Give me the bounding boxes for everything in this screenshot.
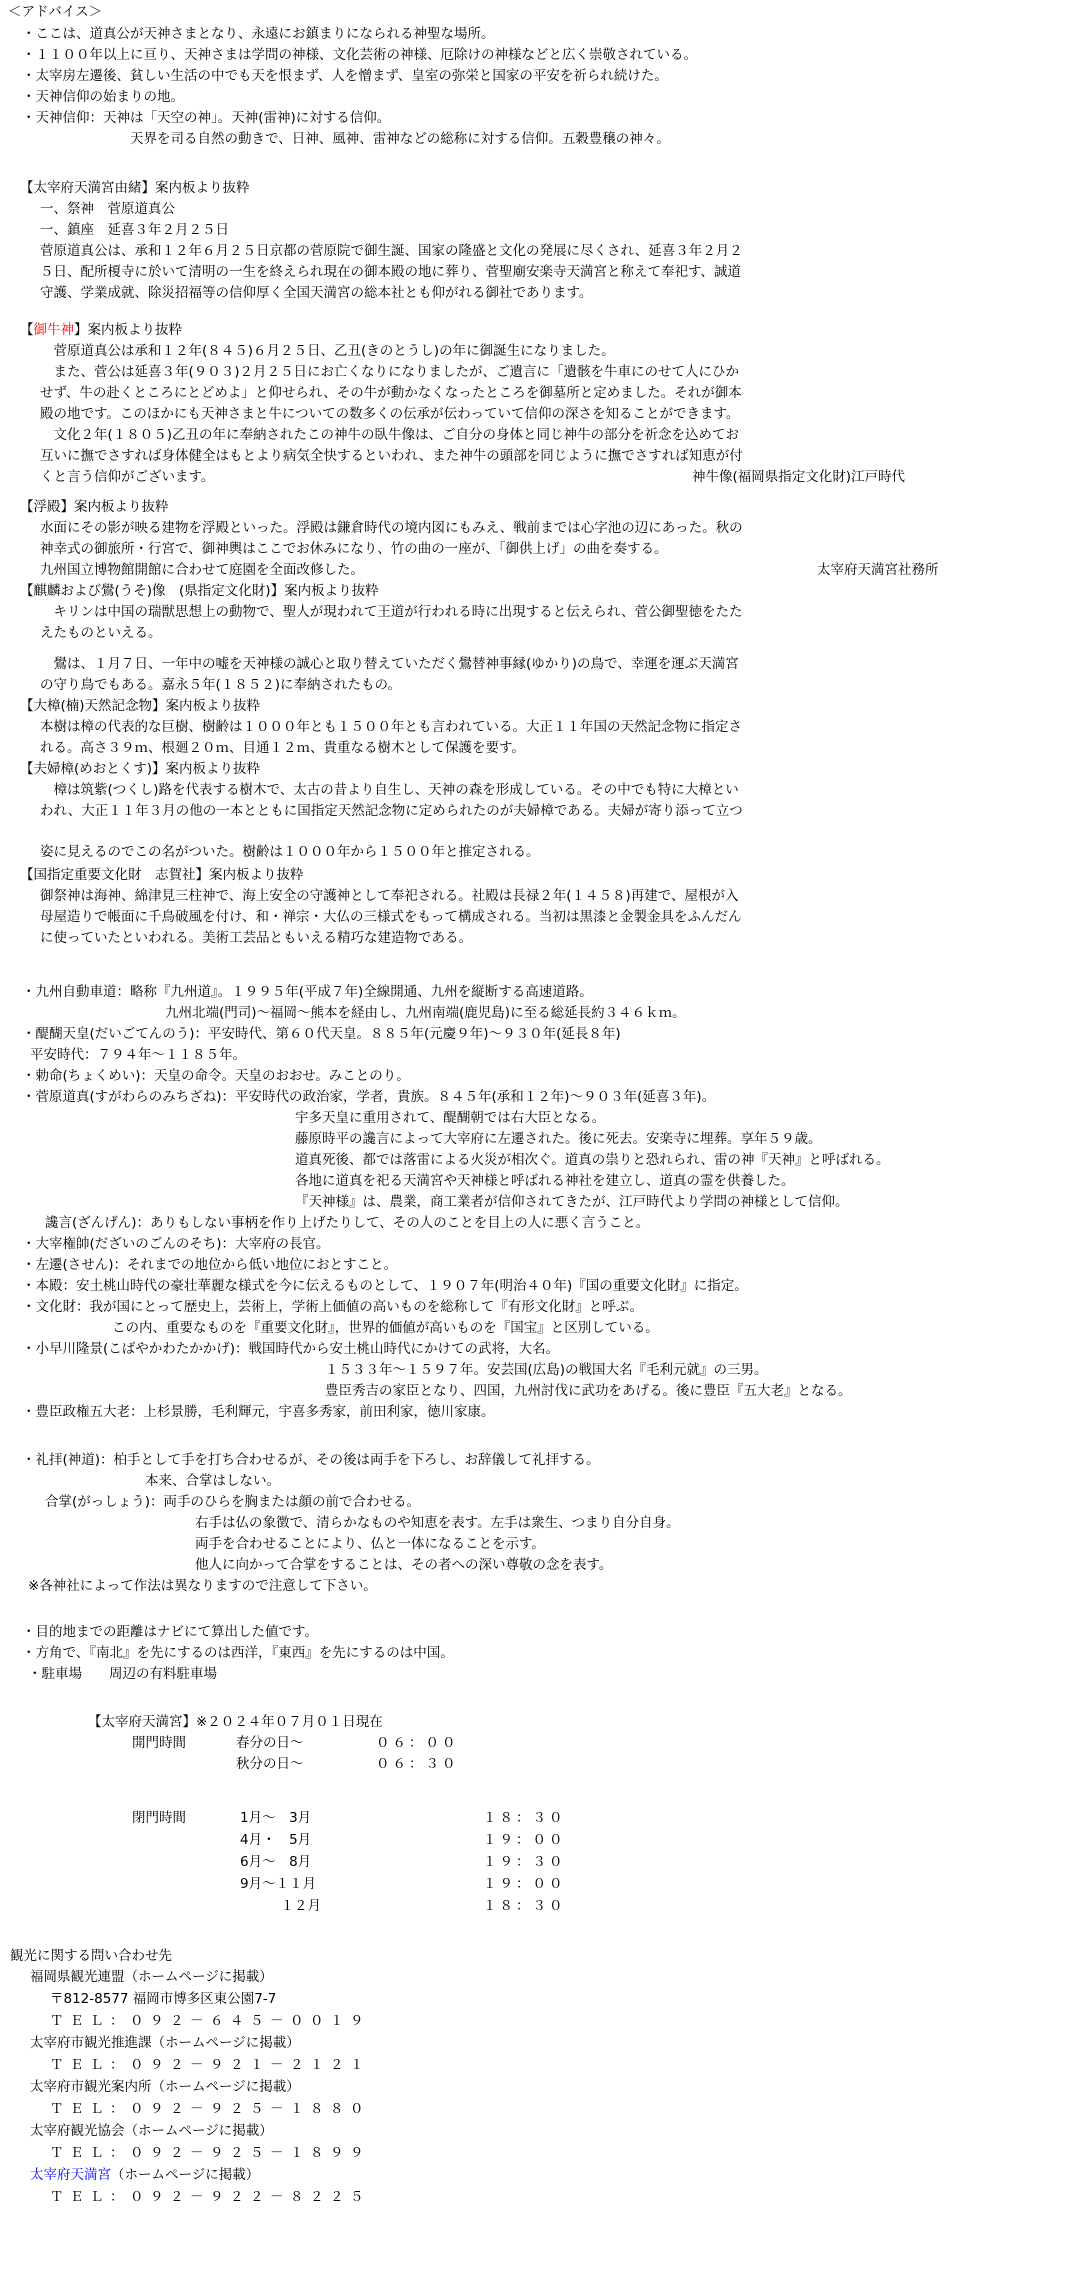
section-heading: 【太宰府天満宮由緒】案内板より抜粋 [20,178,250,198]
body-line: 神幸式の御旅所・行宮で、御神輿はここでお休みになり、竹の曲の一座が、「御供上げ」… [40,539,667,559]
body-line: 一、鎮座 延喜３年２月２５日 [40,220,229,240]
contacts-heading: 観光に関する問い合わせ先 [10,1946,172,1966]
body-line: せず、牛の赴くところにとどめよ」と仰せられ、その牛が動かなくなったところを御墓所… [40,383,742,403]
body-line: 文化２年(１８０５)乙丑の年に奉納されたこの神牛の臥牛像は、ご自分の身体と同じ神… [40,425,739,445]
glossary-line: １５３３年～１５９７年。安芸国(広島)の戦国大名『毛利元就』の三男。 [325,1360,768,1380]
contact-tel: ＴＥＬ：０９２－９２５－１８８０ [50,2099,370,2119]
body-line: 樟は筑紫(つくし)路を代表する樹木で、太古の昔より自生し、天神の森を形成している… [40,780,739,800]
contact-tel: ＴＥＬ：０９２－９２２－８２２５ [50,2187,370,2207]
contact-tel: ＴＥＬ：０９２－９２１－２１２１ [50,2055,370,2075]
glossary-line: ・勅命(ちょくめい)：天皇の命令。天皇のおおせ。みことのり。 [22,1066,410,1086]
body-line: 本樹は樟の代表的な巨樹、樹齢は１０００年とも１５００年とも言われている。大正１１… [40,717,742,737]
credit: 太宰府天満宮社務所 [817,560,939,580]
hours-heading: 【太宰府天満宮】※２０２４年０７月０１日現在 [88,1712,383,1732]
close-period: 9月～１１月 [240,1874,316,1894]
worship-note: ※各神社によって作法は異なりますので注意して下さい。 [28,1576,377,1596]
advice-item: ・天神信仰：天神は「天空の神」。天神(雷神)に対する信仰。 [22,108,390,128]
body-line: キリンは中国の瑞獣思想上の動物で、聖人が現われて王道が行われる時に出現すると伝え… [40,602,743,622]
glossary-line: ・九州自動車道：略称『九州道』。１９９５年(平成７年)全線開通、九州を縦断する高… [22,982,593,1002]
body-line: 菅原道真公は、承和１２年６月２５日京都の菅原院で御生誕、国家の隆盛と文化の発展に… [40,241,743,261]
contact-suffix: （ホームページに掲載） [152,2035,300,2051]
worship-line: 両手を合わせることにより、仏と一体になることを示す。 [195,1534,545,1554]
close-period: 6月～ 8月 [240,1852,311,1872]
contact-tel: ＴＥＬ：０９２－９２５－１８９９ [50,2143,370,2163]
body-line: 九州国立博物館開館に合わせて庭園を全面改修した。 [40,560,364,580]
body-line: 一、祭神 菅原道真公 [40,199,175,219]
body-line: 鷽は、１月７日、一年中の嘘を天神様の誠心と取り替えていただく鷽替神事縁(ゆかり)… [40,654,739,674]
heading-rest: 】案内板より抜粋 [74,322,182,338]
open-period: 秋分の日～ [236,1754,304,1774]
open-time: ０６：００ [376,1733,459,1753]
close-time: １９：００ [483,1830,566,1850]
body-line: 姿に見えるのでこの名がついた。樹齢は１０００年から１５００年と推定される。 [40,842,540,862]
credit: 神牛像(福岡県指定文化財)江戸時代 [692,467,905,487]
close-time: １８：３０ [483,1808,566,1828]
advice-item: ・天神信仰の始まりの地。 [22,87,184,107]
glossary-line: ・豊臣政権五大老：上杉景勝，毛利輝元，宇喜多秀家，前田利家，徳川家康。 [22,1402,495,1422]
body-line: えたものといえる。 [40,623,162,643]
close-period: １２月 [240,1896,321,1916]
glossary-line: 各地に道真を祀る天満宮や天神様と呼ばれる神社を建立し、道真の霊を供養した。 [295,1171,795,1191]
worship-line: 他人に向かって合掌をすることは、その者への深い尊敬の念を表す。 [195,1555,612,1575]
section-heading: 【国指定重要文化財 志賀社】案内板より抜粋 [20,865,304,885]
contact-org: 福岡県観光連盟 [30,1969,125,1985]
note-parking: ・駐車場 周辺の有料駐車場 [28,1664,217,1684]
body-line: れる。高さ３９ｍ、根廻２０ｍ、目通１２ｍ、貴重なる樹木として保護を要す。 [40,738,525,758]
body-line: 互いに撫でさすれば身体健全はもとより病気全快するといわれ、また神牛の頭部を同じよ… [40,446,743,466]
glossary-line: ・醍醐天皇(だいごてんのう)：平安時代、第６０代天皇。８８５年(元慶９年)～９３… [22,1024,621,1044]
contact-suffix: （ホームページに掲載） [111,2167,259,2183]
contact-tel: ＴＥＬ：０９２－６４５－００１９ [50,2011,370,2031]
contact-suffix: （ホームページに掲載） [125,2123,273,2139]
contact-org: 太宰府市観光案内所 [30,2079,152,2095]
heading-bracket: 【 [20,322,34,338]
note-line: ・目的地までの距離はナビにて算出した値です。 [22,1622,318,1642]
advice-title: ＜アドバイス＞ [8,2,102,22]
close-time: １９：３０ [483,1852,566,1872]
body-line: 水面にその影が映る建物を浮殿といった。浮殿は鎌倉時代の境内図にもみえ、戦前までは… [40,518,743,538]
body-line: 菅原道真公は承和１２年(８４５)６月２５日、乙丑(きのとうし)の年に御誕生になり… [40,341,615,361]
glossary-line: 宇多天皇に重用されて、醍醐朝では右大臣となる。 [295,1108,605,1128]
glossary-line: ・小早川隆景(こばやかわたかかげ)：戦国時代から安土桃山時代にかけての武将，大名… [22,1339,559,1359]
close-period: 4月・ 5月 [240,1830,311,1850]
contact-suffix: （ホームページに掲載） [125,1969,273,1985]
worship-line: 合掌(がっしょう)：両手のひらを胸または顔の前で合わせる。 [45,1492,420,1512]
contact-name: 太宰府天満宮（ホームページに掲載） [30,2165,259,2185]
glossary-line: 道真死後、都では落雷による火災が相次ぐ。道真の祟りと恐れられ、雷の神『天神』と呼… [295,1150,890,1170]
contact-name: 福岡県観光連盟（ホームページに掲載） [30,1967,273,1987]
section-heading: 【大樟(楠)天然記念物】案内板より抜粋 [20,696,260,716]
body-line: に使っていたといわれる。美術工芸品ともいえる精巧な建造物である。 [40,928,472,948]
glossary-line: 『天神様』は、農業，商工業者が信仰されてきたが、江戸時代より学問の神様として信仰… [295,1192,849,1212]
open-time: ０６：３０ [376,1754,459,1774]
body-line: の守り鳥でもある。嘉永５年(１８５２)に奉納されたもの。 [40,675,401,695]
contact-name: 太宰府市観光推進課（ホームページに掲載） [30,2033,300,2053]
close-time: １９：００ [483,1874,566,1894]
glossary-line: 平安時代：７９４年～１１８５年。 [30,1045,246,1065]
worship-line: ・礼拝(神道)：柏手として手を打ち合わせるが、その後は両手を下ろし、お辞儀して礼… [22,1450,600,1470]
body-line: われ、大正１１年３月の他の一本とともに国指定天然記念物に定められたのが夫婦樟であ… [40,801,743,821]
body-line: ５日、配所榎寺に於いて清明の一生を終えられ現在の御本殿の地に葬り、菅聖廟安楽寺天… [40,262,741,282]
glossary-line: ・左遷(させん)：それまでの地位から低い地位におとすこと。 [22,1255,397,1275]
contact-org: 太宰府観光協会 [30,2123,125,2139]
glossary-line: ・文化財：我が国にとって歴史上，芸術上，学術上価値の高いものを総称して『有形文化… [22,1297,643,1317]
glossary-line: 豊臣秀吉の家臣となり、四国，九州討伐に武功をあげる。後に豊臣『五大老』となる。 [325,1381,852,1401]
close-period: 1月～ 3月 [240,1808,311,1828]
advice-item: ・１１００年以上に亘り、天神さまは学問の神様、文化芸術の神様、厄除けの神様などと… [22,45,697,65]
close-label: 閉門時間 [132,1808,186,1828]
glossary-line: 藤原時平の讒言によって大宰府に左遷された。後に死去。安楽寺に埋葬。享年５９歳。 [295,1129,822,1149]
contact-suffix: （ホームページに掲載） [152,2079,300,2095]
body-line: 守護、学業成就、除災招福等の信仰厚く全国天満宮の総本社とも仰がれる御社であります… [40,283,592,303]
section-heading: 【御牛神】案内板より抜粋 [20,320,182,340]
body-line: 殿の地です。このほかにも天神さまと牛についての数多くの伝承が伝わっていて信仰の深… [40,404,739,424]
contact-address: 〒812-8577 福岡市博多区東公園7-7 [50,1989,276,2009]
body-line: また、菅公は延喜３年(９０３)２月２５日にお亡くなりになりましたが、ご遺言に「遺… [40,362,739,382]
contact-org: 太宰府市観光推進課 [30,2035,152,2051]
section-heading: 【麒麟および鷽(うそ)像 (県指定文化財)】案内板より抜粋 [20,581,379,601]
body-line: 母屋造りで帳面に千鳥破風を付け、和・禅宗・大仏の三様式をもって構成される。当初は… [40,907,741,927]
advice-item-continued: 天界を司る自然の動きで、日神、風神、雷神などの総称に対する信仰。五穀豊穣の神々。 [130,129,670,149]
heading-highlight: 御牛神 [34,322,75,338]
glossary-line: この内、重要なものを『重要文化財』，世界的価値が高いものを『国宝』と区別している… [112,1318,659,1338]
worship-line: 本来、合掌はしない。 [145,1471,280,1491]
section-heading: 【夫婦樟(めおとくす)】案内板より抜粋 [20,759,260,779]
section-heading: 【浮殿】案内板より抜粋 [20,497,169,517]
close-time: １８：３０ [483,1896,566,1916]
glossary-line: ・菅原道真(すがわらのみちざね)：平安時代の政治家，学者，貴族。８４５年(承和１… [22,1087,715,1107]
glossary-line: ・大宰権帥(だざいのごんのそち)：大宰府の長官。 [22,1234,330,1254]
body-line: 御祭神は海神、綿津見三柱神で、海上安全の守護神として奉祀される。社殿は長禄２年(… [40,886,739,906]
glossary-line: 九州北端(門司)～福岡～熊本を経由し、九州南端(鹿児島)に至る総延長約３４６ｋｍ… [165,1003,686,1023]
advice-item: ・ここは、道真公が天神さまとなり、永遠にお鎮まりになられる神聖な場所。 [22,24,495,44]
open-period: 春分の日～ [236,1733,304,1753]
note-line: ・方角で、『南北』を先にするのは西洋，『東西』を先にするのは中国。 [22,1643,454,1663]
worship-line: 右手は仏の象徴で、清らかなものや知恵を表す。左手は衆生、つまり自分自身。 [195,1513,680,1533]
glossary-line: 讒言(ざんげん)：ありもしない事柄を作り上げたりして、その人のことを目上の人に悪… [45,1213,649,1233]
glossary-line: ・本殿：安土桃山時代の豪壮華麗な様式を今に伝えるものとして、１９０７年(明治４０… [22,1276,748,1296]
body-line: くと言う信仰がございます。 [40,467,214,487]
contact-name: 太宰府観光協会（ホームページに掲載） [30,2121,273,2141]
contact-org-link[interactable]: 太宰府天満宮 [30,2167,111,2183]
advice-item: ・太宰房左遷後、貧しい生活の中でも天を恨まず、人を憎まず、皇室の弥栄と国家の平安… [22,66,668,86]
contact-name: 太宰府市観光案内所（ホームページに掲載） [30,2077,300,2097]
open-label: 開門時間 [132,1733,186,1753]
